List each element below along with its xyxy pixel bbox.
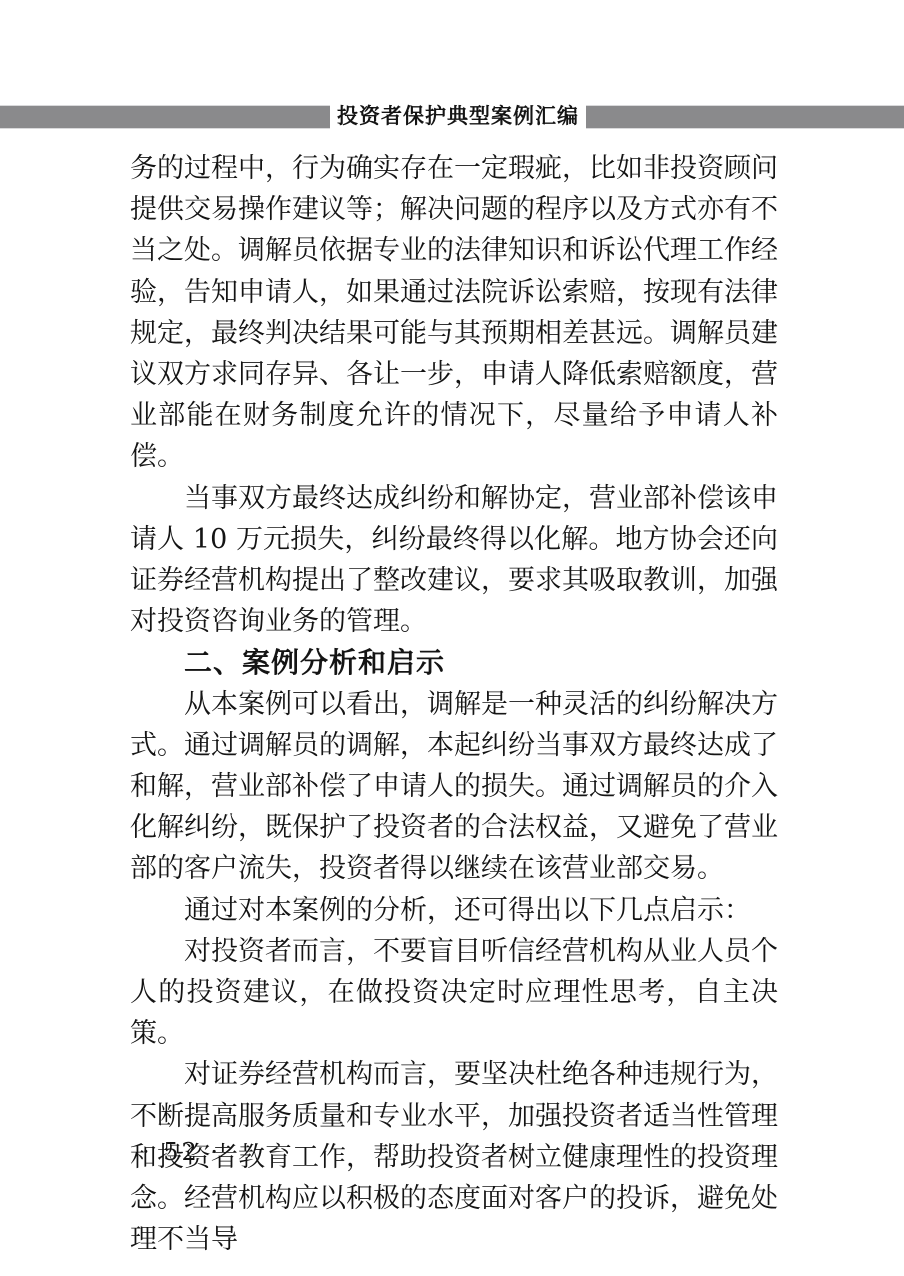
paragraph-continuation: 务的过程中，行为确实存在一定瑕疵，比如非投资顾问提供交易操作建议等；解决问题的程… bbox=[130, 148, 778, 478]
running-head-title: 投资者保护典型案例汇编 bbox=[330, 101, 586, 131]
paragraph: 对投资者而言，不要盲目听信经营机构从业人员个人的投资建议，在做投资决定时应理性思… bbox=[130, 931, 778, 1055]
page-number: · 52 · bbox=[142, 1136, 221, 1168]
paragraph: 从本案例可以看出，调解是一种灵活的纠纷解决方式。通过调解员的调解，本起纠纷当事双… bbox=[130, 684, 778, 890]
header-rule-left bbox=[0, 105, 330, 129]
paragraph: 对证券经营机构而言，要坚决杜绝各种违规行为，不断提高服务质量和专业水平，加强投资… bbox=[130, 1054, 778, 1260]
paragraph: 通过对本案例的分析，还可得出以下几点启示： bbox=[130, 890, 778, 931]
section-heading: 二、案例分析和启示 bbox=[130, 642, 778, 683]
page-body: 务的过程中，行为确实存在一定瑕疵，比如非投资顾问提供交易操作建议等；解决问题的程… bbox=[130, 148, 778, 1260]
document-page: 投资者保护典型案例汇编 务的过程中，行为确实存在一定瑕疵，比如非投资顾问提供交易… bbox=[0, 0, 904, 1276]
paragraph: 当事双方最终达成纠纷和解协定，营业部补偿该申请人 10 万元损失，纠纷最终得以化… bbox=[130, 478, 778, 643]
header-rule-right bbox=[586, 105, 904, 129]
